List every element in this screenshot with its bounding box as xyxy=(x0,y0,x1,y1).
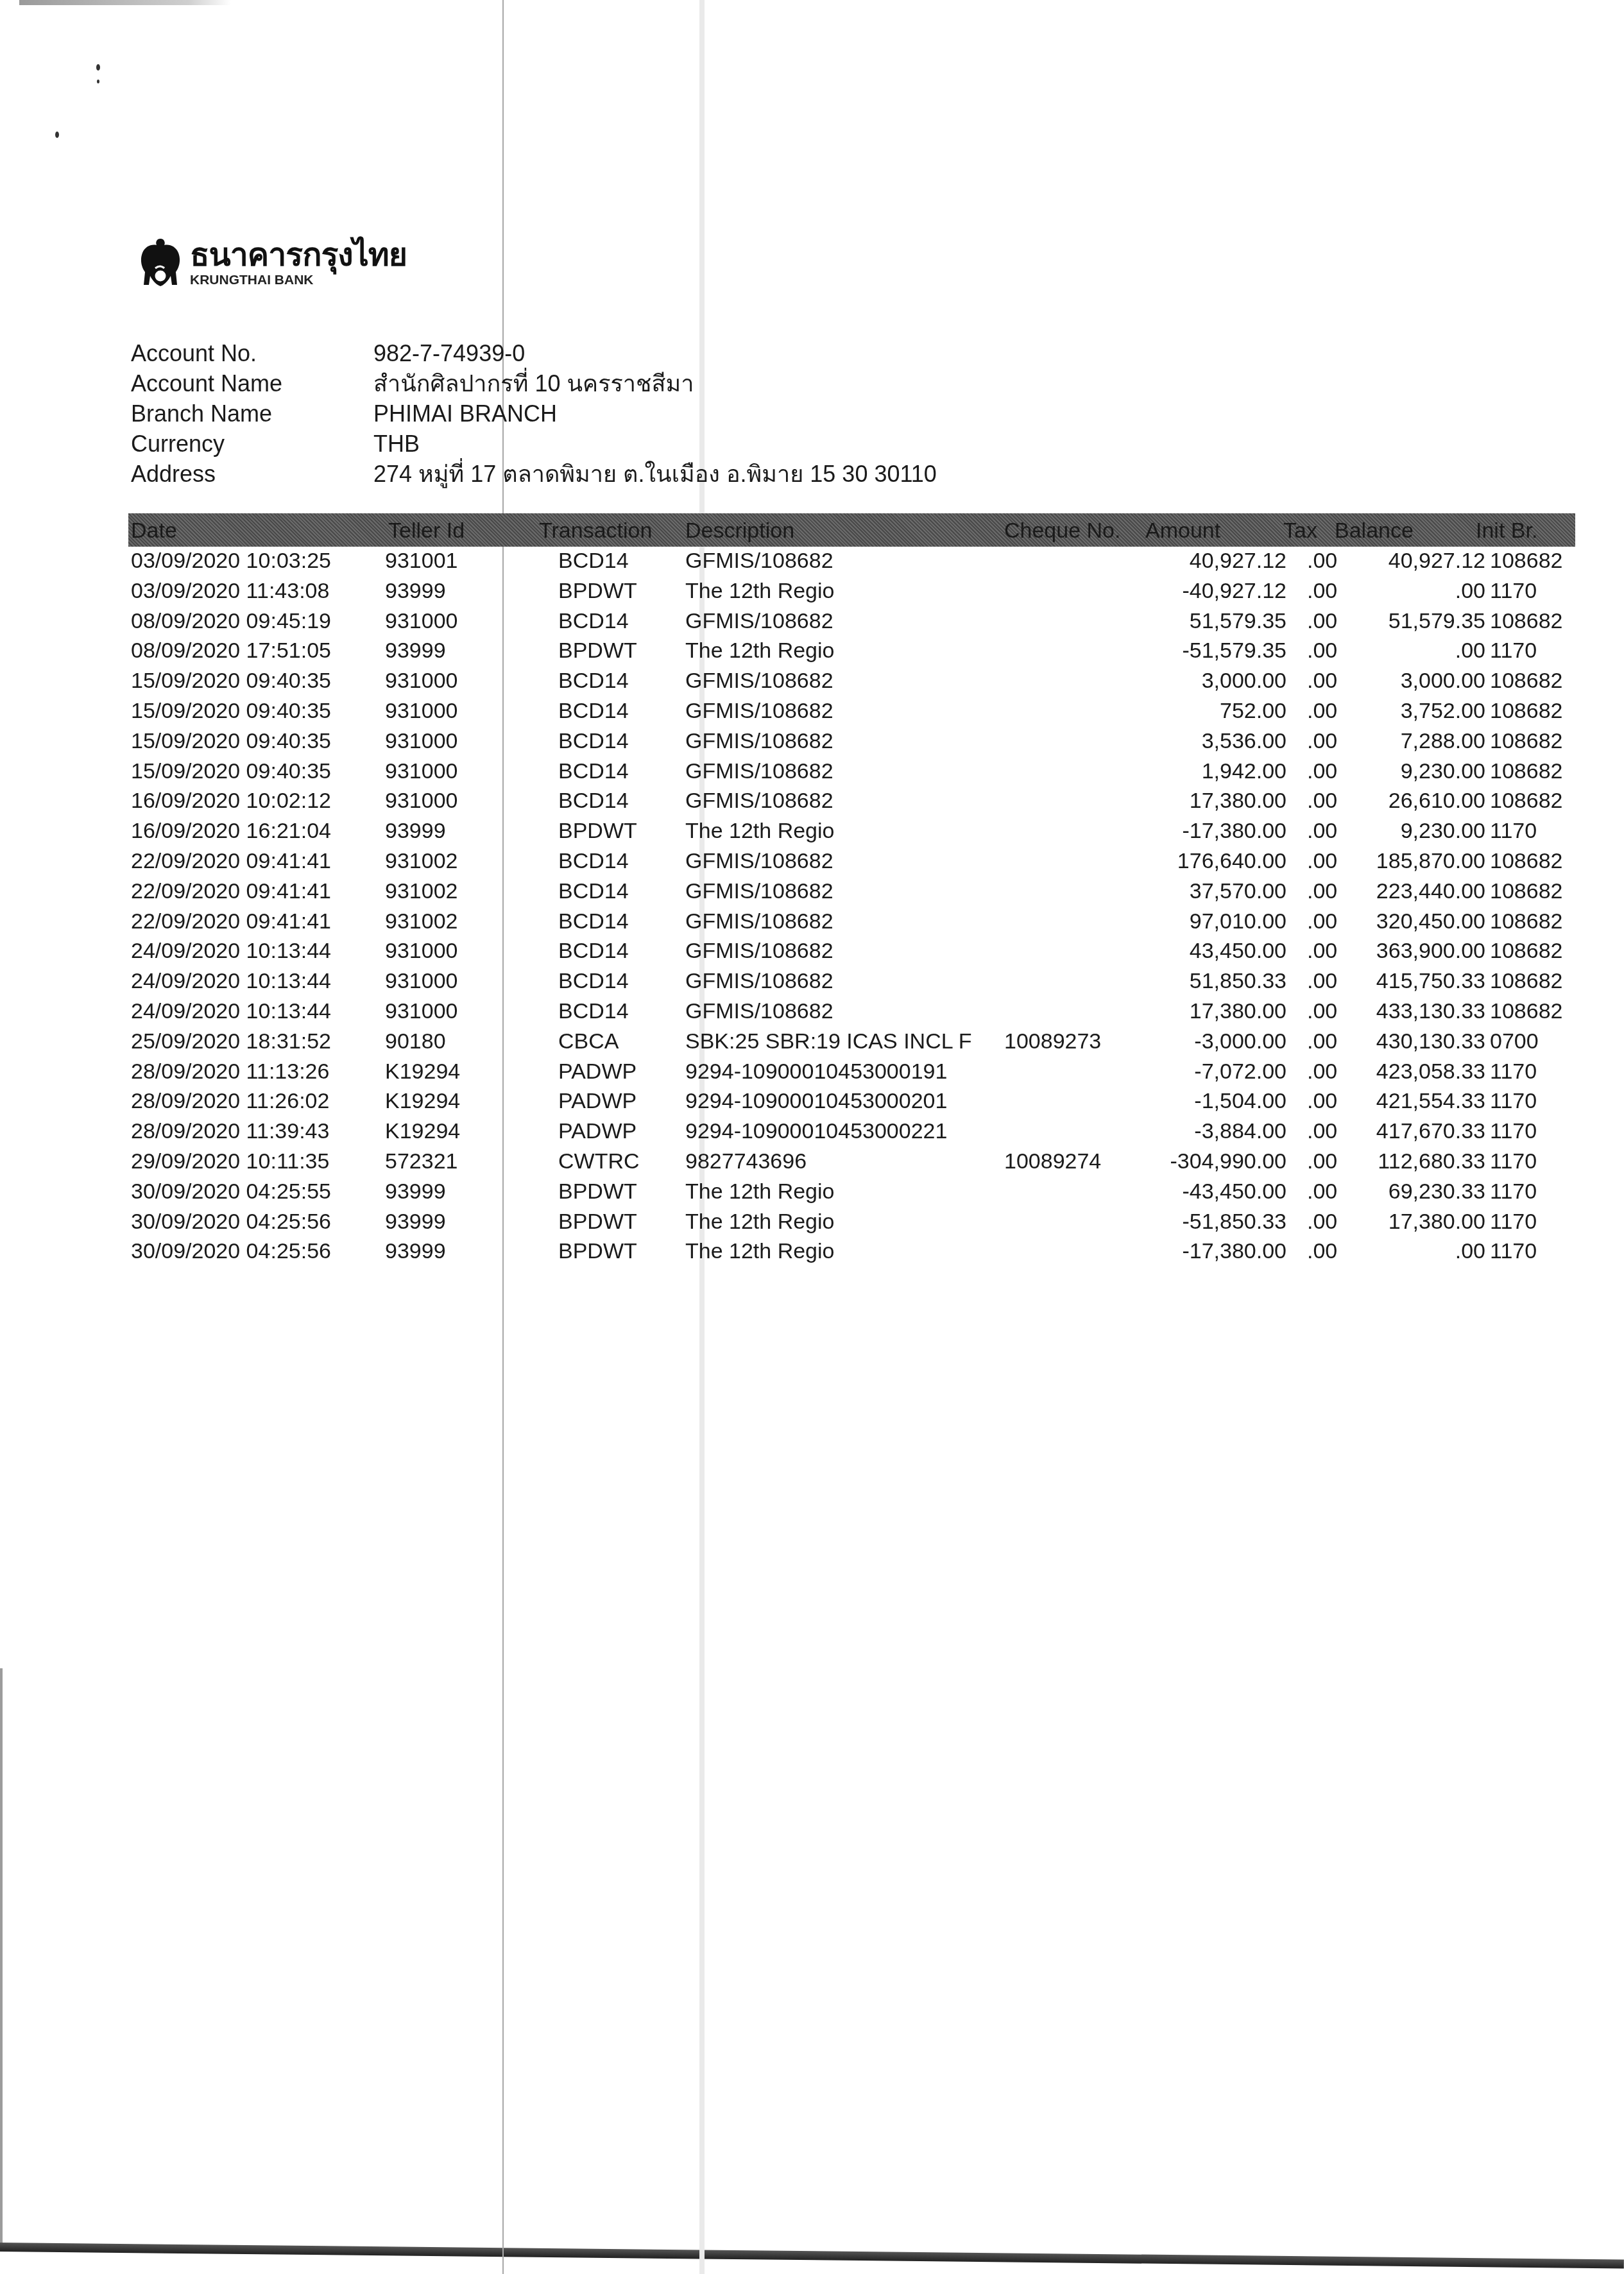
cell-description: The 12th Regio xyxy=(685,1210,835,1235)
table-row: 24/09/2020 10:13:44 931000 BCD14 GFMIS/1… xyxy=(128,997,1575,1027)
cell-tax: .00 xyxy=(1307,1149,1337,1174)
cell-balance: 421,554.33 xyxy=(1376,1089,1485,1114)
cell-balance: 17,380.00 xyxy=(1389,1210,1485,1235)
table-row: 03/09/2020 10:03:25 931001 BCD14 GFMIS/1… xyxy=(128,547,1575,577)
cell-date: 24/09/2020 10:13:44 xyxy=(131,939,331,964)
cell-transaction: CBCA xyxy=(558,1029,619,1054)
cell-description: GFMIS/108682 xyxy=(685,879,833,904)
cell-date: 28/09/2020 11:26:02 xyxy=(131,1089,329,1114)
cell-balance: 9,230.00 xyxy=(1401,819,1485,844)
cell-amount: 40,927.12 xyxy=(1190,549,1286,574)
cell-amount: -51,850.33 xyxy=(1182,1210,1286,1235)
address-label: Address xyxy=(131,459,373,489)
cell-balance: 363,900.00 xyxy=(1376,939,1485,964)
cell-description: GFMIS/108682 xyxy=(685,669,833,694)
cell-date: 25/09/2020 18:31:52 xyxy=(131,1029,331,1054)
account-info: Account No. 982-7-74939-0 Account Name ส… xyxy=(131,338,937,489)
account-number-value: 982-7-74939-0 xyxy=(373,338,525,368)
cell-tax: .00 xyxy=(1307,1179,1337,1204)
table-row: 22/09/2020 09:41:41 931002 BCD14 GFMIS/1… xyxy=(128,847,1575,877)
cell-teller-id: 931000 xyxy=(385,669,457,694)
table-row: 25/09/2020 18:31:52 90180 CBCA SBK:25 SB… xyxy=(128,1027,1575,1057)
cell-amount: -17,380.00 xyxy=(1182,819,1286,844)
cell-description: 9294-10900010453000221 xyxy=(685,1119,947,1144)
cell-tax: .00 xyxy=(1307,1119,1337,1144)
cell-init-br: 108682 xyxy=(1490,699,1562,724)
cell-date: 28/09/2020 11:39:43 xyxy=(131,1119,329,1144)
cell-tax: .00 xyxy=(1307,1089,1337,1114)
cell-teller-id: 931000 xyxy=(385,609,457,634)
cell-balance: 9,230.00 xyxy=(1401,759,1485,784)
cell-tax: .00 xyxy=(1307,609,1337,634)
cell-transaction: BCD14 xyxy=(558,999,629,1024)
table-row: 30/09/2020 04:25:55 93999 BPDWT The 12th… xyxy=(128,1177,1575,1208)
cell-date: 16/09/2020 16:21:04 xyxy=(131,819,331,844)
cell-transaction: BCD14 xyxy=(558,789,629,814)
cell-amount: 176,640.00 xyxy=(1177,849,1286,874)
cell-amount: -3,884.00 xyxy=(1194,1119,1286,1144)
cell-date: 15/09/2020 09:40:35 xyxy=(131,759,331,784)
cell-description: The 12th Regio xyxy=(685,819,835,844)
header-balance: Balance xyxy=(1335,518,1414,543)
cell-description: GFMIS/108682 xyxy=(685,549,833,574)
cell-description: GFMIS/108682 xyxy=(685,609,833,634)
table-row: 16/09/2020 10:02:12 931000 BCD14 GFMIS/1… xyxy=(128,787,1575,817)
cell-tax: .00 xyxy=(1307,669,1337,694)
table-row: 15/09/2020 09:40:35 931000 BCD14 GFMIS/1… xyxy=(128,727,1575,757)
cell-transaction: PADWP xyxy=(558,1059,637,1084)
header-tax: Tax xyxy=(1283,518,1317,543)
cell-amount: -7,072.00 xyxy=(1194,1059,1286,1084)
cell-description: 9294-10900010453000191 xyxy=(685,1059,947,1084)
cell-balance: 40,927.12 xyxy=(1389,549,1485,574)
cell-tax: .00 xyxy=(1307,549,1337,574)
cell-init-br: 0700 xyxy=(1490,1029,1539,1054)
cell-balance: 112,680.33 xyxy=(1378,1149,1485,1174)
cell-teller-id: 93999 xyxy=(385,579,446,604)
cell-date: 28/09/2020 11:13:26 xyxy=(131,1059,329,1084)
cell-transaction: BCD14 xyxy=(558,729,629,754)
cell-transaction: BCD14 xyxy=(558,699,629,724)
cell-date: 29/09/2020 10:11:35 xyxy=(131,1149,329,1174)
cell-date: 24/09/2020 10:13:44 xyxy=(131,969,331,994)
cell-tax: .00 xyxy=(1307,879,1337,904)
cell-balance: .00 xyxy=(1455,638,1485,663)
cell-tax: .00 xyxy=(1307,579,1337,604)
cell-tax: .00 xyxy=(1307,819,1337,844)
cell-description: GFMIS/108682 xyxy=(685,789,833,814)
cell-balance: 433,130.33 xyxy=(1376,999,1485,1024)
cell-tax: .00 xyxy=(1307,939,1337,964)
cell-description: GFMIS/108682 xyxy=(685,939,833,964)
scan-speck xyxy=(55,132,59,138)
cell-balance: 185,870.00 xyxy=(1376,849,1485,874)
currency-value: THB xyxy=(373,429,420,459)
cell-balance: 51,579.35 xyxy=(1389,609,1485,634)
cell-transaction: BPDWT xyxy=(558,1210,637,1235)
cell-balance: 417,670.33 xyxy=(1376,1119,1485,1144)
branch-name-row: Branch Name PHIMAI BRANCH xyxy=(131,398,937,429)
table-row: 03/09/2020 11:43:08 93999 BPDWT The 12th… xyxy=(128,577,1575,607)
cell-tax: .00 xyxy=(1307,1059,1337,1084)
cell-amount: 37,570.00 xyxy=(1190,879,1286,904)
cell-description: GFMIS/108682 xyxy=(685,849,833,874)
cell-tax: .00 xyxy=(1307,969,1337,994)
cell-amount: -3,000.00 xyxy=(1194,1029,1286,1054)
cell-teller-id: 931000 xyxy=(385,939,457,964)
scan-edge-top xyxy=(19,0,231,5)
cell-teller-id: 93999 xyxy=(385,638,446,663)
cell-description: The 12th Regio xyxy=(685,579,835,604)
cell-init-br: 108682 xyxy=(1490,999,1562,1024)
cell-balance: 69,230.33 xyxy=(1389,1179,1485,1204)
cell-date: 15/09/2020 09:40:35 xyxy=(131,699,331,724)
cell-teller-id: K19294 xyxy=(385,1089,460,1114)
cell-tax: .00 xyxy=(1307,1239,1337,1264)
cell-transaction: BCD14 xyxy=(558,669,629,694)
account-name-row: Account Name สำนักศิลปากรที่ 10 นครราชสี… xyxy=(131,368,937,398)
address-value: 274 หมู่ที่ 17 ตลาดพิมาย ต.ในเมือง อ.พิม… xyxy=(373,459,937,489)
header-date: Date xyxy=(131,518,177,543)
header-cheque-no: Cheque No. xyxy=(1004,518,1120,543)
cell-date: 22/09/2020 09:41:41 xyxy=(131,879,331,904)
cell-init-br: 1170 xyxy=(1490,1059,1537,1084)
cell-transaction: BCD14 xyxy=(558,969,629,994)
cell-amount: 17,380.00 xyxy=(1190,999,1286,1024)
cell-transaction: BCD14 xyxy=(558,909,629,934)
cell-balance: .00 xyxy=(1455,1239,1485,1264)
table-row: 24/09/2020 10:13:44 931000 BCD14 GFMIS/1… xyxy=(128,967,1575,997)
header-description: Description xyxy=(685,518,794,543)
cell-date: 22/09/2020 09:41:41 xyxy=(131,909,331,934)
cell-teller-id: 93999 xyxy=(385,1210,446,1235)
cell-balance: 223,440.00 xyxy=(1376,879,1485,904)
cell-init-br: 108682 xyxy=(1490,849,1562,874)
cell-description: GFMIS/108682 xyxy=(685,759,833,784)
account-number-label: Account No. xyxy=(131,338,373,368)
address-row: Address 274 หมู่ที่ 17 ตลาดพิมาย ต.ในเมื… xyxy=(131,459,937,489)
cell-amount: 51,579.35 xyxy=(1190,609,1286,634)
cell-amount: 3,000.00 xyxy=(1202,669,1286,694)
cell-transaction: BCD14 xyxy=(558,609,629,634)
cell-amount: -1,504.00 xyxy=(1194,1089,1286,1114)
cell-date: 15/09/2020 09:40:35 xyxy=(131,729,331,754)
cell-transaction: BCD14 xyxy=(558,759,629,784)
table-row: 22/09/2020 09:41:41 931002 BCD14 GFMIS/1… xyxy=(128,877,1575,907)
cell-tax: .00 xyxy=(1307,999,1337,1024)
cell-teller-id: 931000 xyxy=(385,999,457,1024)
cell-balance: 415,750.33 xyxy=(1376,969,1485,994)
header-transaction: Transaction xyxy=(539,518,652,543)
cell-teller-id: 90180 xyxy=(385,1029,446,1054)
cell-tax: .00 xyxy=(1307,1210,1337,1235)
cell-teller-id: 931002 xyxy=(385,849,457,874)
cell-transaction: BCD14 xyxy=(558,549,629,574)
cell-amount: 1,942.00 xyxy=(1202,759,1286,784)
cell-description: GFMIS/108682 xyxy=(685,699,833,724)
cell-transaction: BPDWT xyxy=(558,638,637,663)
cell-balance: 3,000.00 xyxy=(1401,669,1485,694)
table-row: 28/09/2020 11:13:26 K19294 PADWP 9294-10… xyxy=(128,1057,1575,1088)
transaction-table: Date Teller Id Transaction Description C… xyxy=(128,513,1575,1267)
cell-tax: .00 xyxy=(1307,849,1337,874)
cell-init-br: 1170 xyxy=(1490,1210,1537,1235)
cell-transaction: BCD14 xyxy=(558,879,629,904)
table-row: 28/09/2020 11:26:02 K19294 PADWP 9294-10… xyxy=(128,1087,1575,1117)
cell-teller-id: 931000 xyxy=(385,729,457,754)
scan-speck xyxy=(97,80,99,83)
cell-init-br: 108682 xyxy=(1490,939,1562,964)
cell-date: 30/09/2020 04:25:56 xyxy=(131,1239,331,1264)
currency-row: Currency THB xyxy=(131,429,937,459)
cell-date: 15/09/2020 09:40:35 xyxy=(131,669,331,694)
cell-teller-id: 931002 xyxy=(385,909,457,934)
cell-transaction: BPDWT xyxy=(558,1179,637,1204)
garuda-emblem-icon xyxy=(137,236,184,289)
cell-teller-id: 931000 xyxy=(385,969,457,994)
cell-balance: 430,130.33 xyxy=(1376,1029,1485,1054)
cell-teller-id: K19294 xyxy=(385,1059,460,1084)
table-header: Date Teller Id Transaction Description C… xyxy=(128,513,1575,547)
cell-transaction: BCD14 xyxy=(558,849,629,874)
cell-amount: -43,450.00 xyxy=(1182,1179,1286,1204)
cell-init-br: 1170 xyxy=(1490,638,1537,663)
cell-description: The 12th Regio xyxy=(685,1179,835,1204)
cell-init-br: 108682 xyxy=(1490,549,1562,574)
cell-balance: 7,288.00 xyxy=(1401,729,1485,754)
cell-balance: 320,450.00 xyxy=(1376,909,1485,934)
cell-date: 30/09/2020 04:25:55 xyxy=(131,1179,331,1204)
cell-tax: .00 xyxy=(1307,699,1337,724)
cell-init-br: 108682 xyxy=(1490,669,1562,694)
cell-amount: 17,380.00 xyxy=(1190,789,1286,814)
table-row: 22/09/2020 09:41:41 931002 BCD14 GFMIS/1… xyxy=(128,907,1575,937)
cell-transaction: PADWP xyxy=(558,1089,637,1114)
account-name-label: Account Name xyxy=(131,368,373,398)
header-amount: Amount xyxy=(1145,518,1220,543)
cell-transaction: CWTRC xyxy=(558,1149,640,1174)
table-row: 15/09/2020 09:40:35 931000 BCD14 GFMIS/1… xyxy=(128,667,1575,697)
cell-init-br: 1170 xyxy=(1490,819,1537,844)
cell-description: The 12th Regio xyxy=(685,638,835,663)
scan-edge-bottom xyxy=(0,2243,1624,2269)
cell-init-br: 108682 xyxy=(1490,729,1562,754)
cell-amount: -17,380.00 xyxy=(1182,1239,1286,1264)
cell-balance: .00 xyxy=(1455,579,1485,604)
cell-init-br: 1170 xyxy=(1490,1179,1537,1204)
cell-teller-id: 93999 xyxy=(385,1239,446,1264)
cell-transaction: BPDWT xyxy=(558,819,637,844)
cell-amount: -51,579.35 xyxy=(1182,638,1286,663)
cell-description: GFMIS/108682 xyxy=(685,999,833,1024)
cell-amount: -40,927.12 xyxy=(1182,579,1286,604)
cell-date: 08/09/2020 09:45:19 xyxy=(131,609,331,634)
cell-tax: .00 xyxy=(1307,1029,1337,1054)
cell-balance: 26,610.00 xyxy=(1389,789,1485,814)
cell-transaction: BPDWT xyxy=(558,579,637,604)
cell-init-br: 108682 xyxy=(1490,969,1562,994)
table-row: 15/09/2020 09:40:35 931000 BCD14 GFMIS/1… xyxy=(128,697,1575,727)
cell-transaction: BPDWT xyxy=(558,1239,637,1264)
cell-teller-id: 572321 xyxy=(385,1149,457,1174)
table-row: 08/09/2020 09:45:19 931000 BCD14 GFMIS/1… xyxy=(128,607,1575,637)
cell-date: 03/09/2020 11:43:08 xyxy=(131,579,329,604)
cell-tax: .00 xyxy=(1307,759,1337,784)
cell-tax: .00 xyxy=(1307,789,1337,814)
cell-description: SBK:25 SBR:19 ICAS INCL F xyxy=(685,1029,972,1054)
header-init-br: Init Br. xyxy=(1476,518,1537,543)
cell-amount: 752.00 xyxy=(1220,699,1286,724)
cell-init-br: 1170 xyxy=(1490,1089,1537,1114)
cell-teller-id: 931000 xyxy=(385,789,457,814)
account-number-row: Account No. 982-7-74939-0 xyxy=(131,338,937,368)
cell-init-br: 1170 xyxy=(1490,1239,1537,1264)
cell-tax: .00 xyxy=(1307,638,1337,663)
cell-description: 9294-10900010453000201 xyxy=(685,1089,947,1114)
scan-speck xyxy=(96,64,100,71)
cell-date: 24/09/2020 10:13:44 xyxy=(131,999,331,1024)
cell-teller-id: K19294 xyxy=(385,1119,460,1144)
cell-amount: 97,010.00 xyxy=(1190,909,1286,934)
cell-description: 9827743696 xyxy=(685,1149,807,1174)
cell-init-br: 108682 xyxy=(1490,909,1562,934)
cell-init-br: 108682 xyxy=(1490,789,1562,814)
table-row: 24/09/2020 10:13:44 931000 BCD14 GFMIS/1… xyxy=(128,937,1575,967)
table-row: 28/09/2020 11:39:43 K19294 PADWP 9294-10… xyxy=(128,1117,1575,1147)
cell-cheque-no: 10089273 xyxy=(1004,1029,1101,1054)
cell-init-br: 108682 xyxy=(1490,609,1562,634)
cell-teller-id: 931002 xyxy=(385,879,457,904)
cell-teller-id: 93999 xyxy=(385,1179,446,1204)
cell-init-br: 1170 xyxy=(1490,1149,1537,1174)
table-row: 30/09/2020 04:25:56 93999 BPDWT The 12th… xyxy=(128,1237,1575,1267)
cell-date: 03/09/2020 10:03:25 xyxy=(131,549,331,574)
table-row: 08/09/2020 17:51:05 93999 BPDWT The 12th… xyxy=(128,637,1575,667)
currency-label: Currency xyxy=(131,429,373,459)
cell-init-br: 108682 xyxy=(1490,759,1562,784)
cell-init-br: 1170 xyxy=(1490,1119,1537,1144)
cell-date: 22/09/2020 09:41:41 xyxy=(131,849,331,874)
cell-teller-id: 931000 xyxy=(385,699,457,724)
header-teller-id: Teller Id xyxy=(388,518,465,543)
scan-edge-left xyxy=(0,1668,3,2246)
cell-init-br: 108682 xyxy=(1490,879,1562,904)
cell-transaction: PADWP xyxy=(558,1119,637,1144)
cell-description: GFMIS/108682 xyxy=(685,909,833,934)
cell-tax: .00 xyxy=(1307,729,1337,754)
cell-balance: 3,752.00 xyxy=(1401,699,1485,724)
bank-name-english: KRUNGTHAI BANK xyxy=(190,273,407,287)
cell-teller-id: 931001 xyxy=(385,549,457,574)
cell-date: 08/09/2020 17:51:05 xyxy=(131,638,331,663)
cell-teller-id: 931000 xyxy=(385,759,457,784)
cell-transaction: BCD14 xyxy=(558,939,629,964)
account-name-value: สำนักศิลปากรที่ 10 นครราชสีมา xyxy=(373,368,694,398)
bank-logo: ธนาคารกรุงไทย KRUNGTHAI BANK xyxy=(137,236,407,289)
cell-balance: 423,058.33 xyxy=(1376,1059,1485,1084)
bank-name-thai: ธนาคารกรุงไทย xyxy=(190,239,407,271)
cell-teller-id: 93999 xyxy=(385,819,446,844)
cell-amount: 3,536.00 xyxy=(1202,729,1286,754)
table-row: 29/09/2020 10:11:35 572321 CWTRC 9827743… xyxy=(128,1147,1575,1177)
cell-date: 16/09/2020 10:02:12 xyxy=(131,789,331,814)
branch-name-label: Branch Name xyxy=(131,398,373,429)
cell-date: 30/09/2020 04:25:56 xyxy=(131,1210,331,1235)
cell-init-br: 1170 xyxy=(1490,579,1537,604)
cell-tax: .00 xyxy=(1307,909,1337,934)
cell-description: The 12th Regio xyxy=(685,1239,835,1264)
cell-cheque-no: 10089274 xyxy=(1004,1149,1101,1174)
cell-amount: 43,450.00 xyxy=(1190,939,1286,964)
cell-amount: 51,850.33 xyxy=(1190,969,1286,994)
branch-name-value: PHIMAI BRANCH xyxy=(373,398,557,429)
cell-amount: -304,990.00 xyxy=(1170,1149,1287,1174)
table-row: 30/09/2020 04:25:56 93999 BPDWT The 12th… xyxy=(128,1208,1575,1238)
table-row: 16/09/2020 16:21:04 93999 BPDWT The 12th… xyxy=(128,817,1575,847)
cell-description: GFMIS/108682 xyxy=(685,969,833,994)
cell-description: GFMIS/108682 xyxy=(685,729,833,754)
table-row: 15/09/2020 09:40:35 931000 BCD14 GFMIS/1… xyxy=(128,757,1575,787)
table-body: 03/09/2020 10:03:25 931001 BCD14 GFMIS/1… xyxy=(128,547,1575,1267)
